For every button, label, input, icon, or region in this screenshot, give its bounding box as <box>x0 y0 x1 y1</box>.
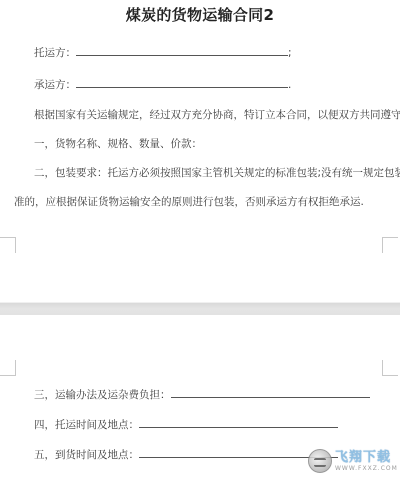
watermark-text: 飞翔下载 WWW.FXXZ.COM <box>335 451 398 472</box>
carrier-blank-field[interactable] <box>76 76 288 88</box>
clause-5-label: 五，到货时间及地点： <box>34 449 139 461</box>
watermark: 飞翔下载 WWW.FXXZ.COM <box>308 445 398 477</box>
watermark-logo-icon <box>308 449 332 473</box>
clause-1-heading: 一，货物名称、规格、数量、价款： <box>34 137 202 151</box>
carrier-line: 承运方：. <box>34 76 291 92</box>
clause-3-blank-field[interactable] <box>171 386 370 398</box>
page-1-margin-mark-left <box>0 237 16 253</box>
clause-3-label: 三，运输办法及运杂费负担： <box>34 389 171 401</box>
page-2-margin-mark-right <box>382 360 398 376</box>
clause-4-line: 四，托运时间及地点： <box>34 416 338 432</box>
shipper-blank-field[interactable] <box>76 44 288 56</box>
watermark-url: WWW.FXXZ.COM <box>335 466 398 472</box>
page-1-margin-mark-right <box>382 237 398 253</box>
page-separator <box>0 302 400 316</box>
clause-4-label: 四，托运时间及地点： <box>34 419 139 431</box>
clause-3-line: 三，运输办法及运杂费负担： <box>34 386 370 402</box>
page-2-margin-mark-left <box>0 360 16 376</box>
clause-5-line: 五，到货时间及地点： <box>34 446 338 462</box>
watermark-brand: 飞翔下载 <box>335 451 398 464</box>
clause-4-blank-field[interactable] <box>139 416 338 428</box>
shipper-line: 托运方：; <box>34 44 292 60</box>
carrier-label: 承运方： <box>34 79 76 91</box>
carrier-line-end: . <box>288 79 291 91</box>
document-title: 煤炭的货物运输合同2 <box>0 4 400 25</box>
shipper-label: 托运方： <box>34 47 76 59</box>
preamble-paragraph: 根据国家有关运输规定，经过双方充分协商，特订立本合同，以便双方共同遵守. <box>34 108 400 122</box>
clause-2-line-1: 二，包装要求：托运方必须按照国家主管机关规定的标准包装;没有统一规定包装标 <box>34 166 400 180</box>
shipper-line-end: ; <box>288 47 292 59</box>
document-page-1: 煤炭的货物运输合同2 托运方：; 承运方：. 根据国家有关运输规定，经过双方充分… <box>0 0 400 302</box>
clause-2-line-2: 准的，应根据保证货物运输安全的原则进行包装，否则承运方有权拒绝承运. <box>14 195 364 209</box>
